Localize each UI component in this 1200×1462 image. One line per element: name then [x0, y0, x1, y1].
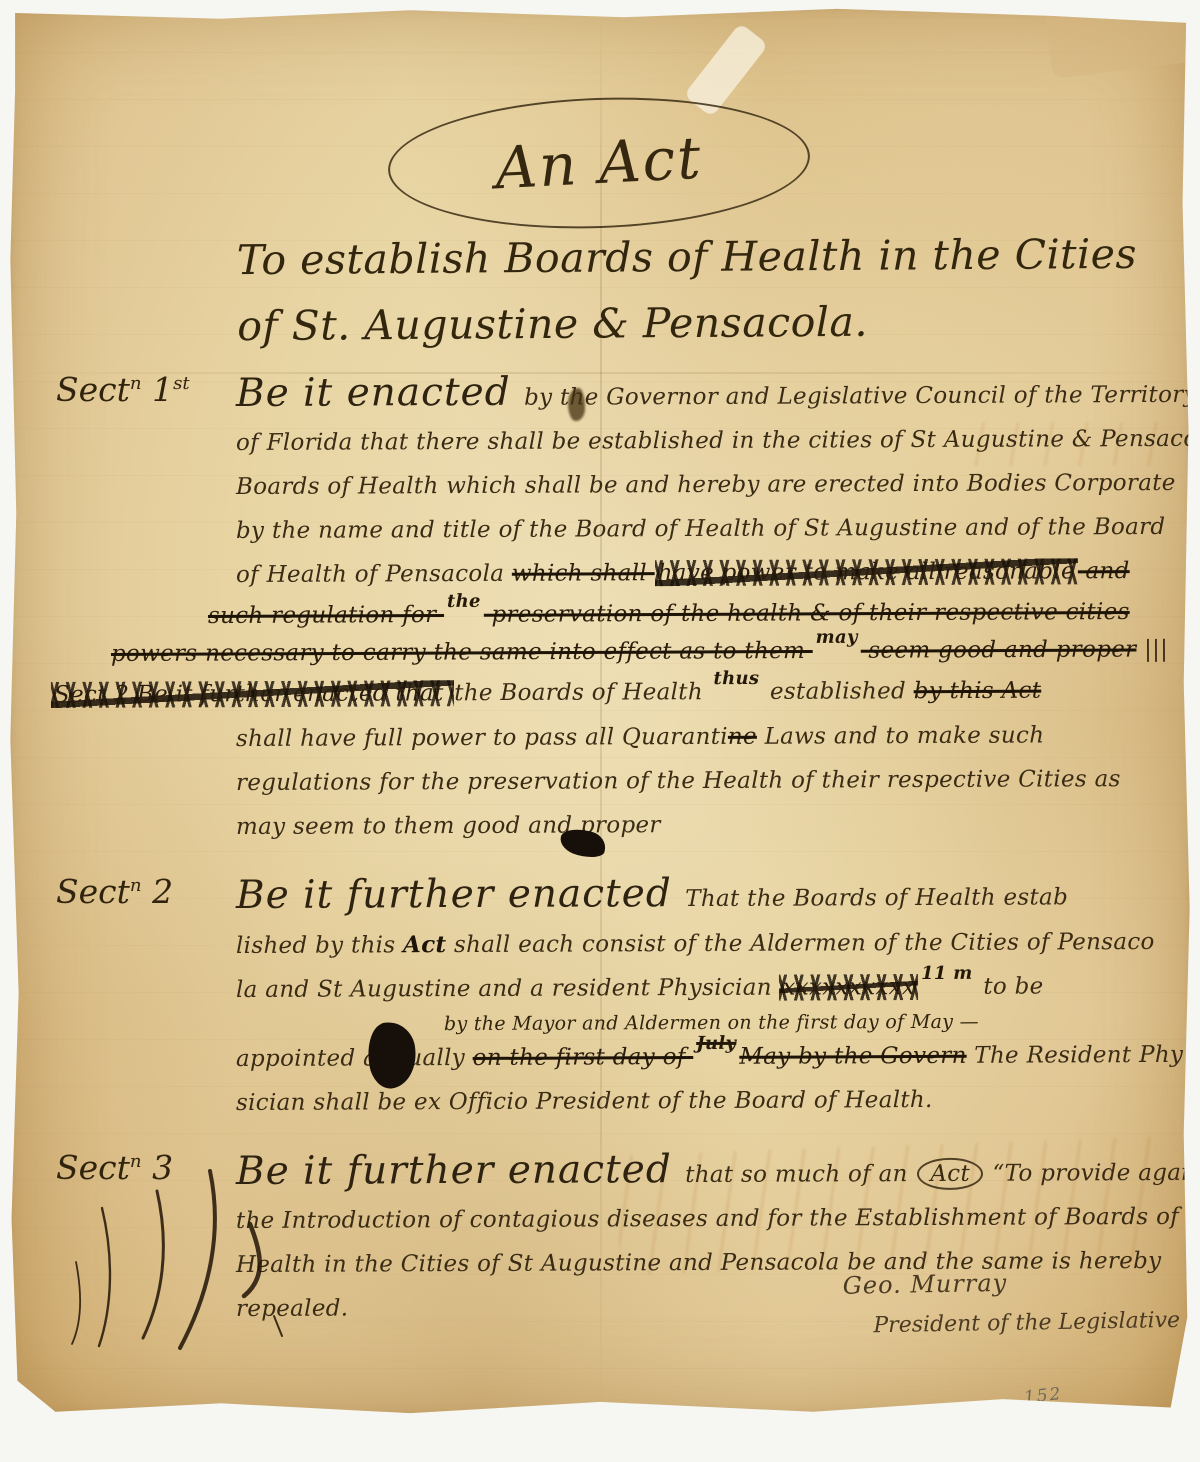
manuscript-page: An Act To establish Boards of Health in …: [8, 6, 1192, 1416]
manuscript-line: la and St Augustine and a resident Physi…: [236, 965, 1162, 1013]
text-segment-insx: July: [696, 1022, 736, 1065]
text-segment-n: to be: [976, 973, 1044, 999]
manuscript-line: of Florida that there shall be establish…: [236, 418, 1162, 466]
manuscript-line: such regulation for the preservation of …: [208, 594, 1162, 636]
manuscript-line: Boards of Health which shall be and here…: [236, 462, 1162, 510]
text-segment-n: la and St Augustine and a resident Physi…: [236, 975, 780, 1003]
text-segment-struck: which shall: [512, 560, 655, 587]
section-label-word: Sect: [56, 370, 130, 409]
text-segment-n: shall have full power to pass all Quaran…: [236, 724, 728, 752]
manuscript-line: the Introduction of contagious diseases …: [236, 1196, 1162, 1244]
text-segment-normal: of Florida that there shall be establish…: [236, 426, 1200, 456]
manuscript-line: lished by this Act shall each consist of…: [236, 920, 1162, 969]
manuscript-line: regulations for the preservation of the …: [236, 758, 1162, 806]
text-segment-ins: 11 m: [921, 952, 973, 995]
text-segment-ins: may: [816, 620, 858, 656]
text-segment-normal: by the name and title of the Board of He…: [236, 514, 1166, 544]
text-segment-ins: the: [447, 584, 481, 620]
text-segment-n: appointed annually: [236, 1045, 473, 1072]
section-number-sup: st: [173, 373, 190, 394]
text-segment-normal: shall each consist of the Aldermen of th…: [446, 929, 1154, 958]
text-segment-normal: “To provide against: [985, 1160, 1200, 1187]
manuscript-line: Be it further enacted That the Boards of…: [236, 870, 1162, 924]
manuscript-line: by the name and title of the Board of He…: [236, 506, 1162, 554]
section-label-word: Sect: [56, 872, 130, 911]
text-segment-xstruck: have power to make all reasonable: [655, 558, 1078, 586]
section-body: Be it further enacted That the Boards of…: [236, 874, 1162, 1126]
text-segment-normal: by the Governor and Legislative Council …: [524, 382, 1197, 411]
text-segment-struck: preservation of the health & of their re…: [484, 599, 1130, 628]
pencil-page-number: 152: [1023, 1384, 1063, 1408]
section-1: Sectn 1stBe it enacted by the Governor a…: [8, 372, 1192, 850]
title-oval-flourish: An Act: [386, 91, 812, 236]
text-segment-oval: Act: [917, 1158, 983, 1190]
section-body: Be it enacted by the Governor and Legisl…: [236, 372, 1162, 850]
text-segment-struck: seem good and proper: [861, 637, 1137, 664]
text-segment-n: the Boards of Health: [454, 679, 710, 706]
text-segment-struck: May by the Govern: [739, 1043, 966, 1070]
text-segment-normal: the Introduction of contagious diseases …: [236, 1204, 1179, 1234]
section-2: Sectn 2Be it further enacted That the Bo…: [8, 874, 1192, 1126]
manuscript-line: powers necessary to carry the same into …: [111, 631, 1162, 674]
manuscript-line: Be it enacted by the Governor and Legisl…: [236, 368, 1162, 422]
text-segment-normal: sician shall be ex Officio President of …: [236, 1087, 933, 1116]
manuscript-line: of Health of Pensacola which shall have …: [236, 550, 1162, 598]
manuscript-line: Be it further enacted that so much of an…: [236, 1146, 1162, 1200]
section-label-sup: n: [130, 373, 142, 394]
section-number: 1: [142, 370, 174, 409]
text-segment-struck: by this Act: [914, 678, 1042, 705]
document-title: An Act: [494, 124, 705, 203]
text-segment-xstruck: Sect 2 Be it further enacted that: [51, 680, 454, 708]
ink-smudge: [568, 388, 585, 421]
text-segment-n: established: [762, 678, 913, 705]
text-segment-struck: such regulation for: [208, 602, 444, 629]
subtitle-line-1: To establish Boards of Health in the Cit…: [237, 221, 1138, 293]
text-segment-struck: ne: [728, 724, 757, 750]
section-label: Sectn 2: [56, 872, 173, 911]
ink-flourish-strokes: [60, 1166, 310, 1371]
text-segment-normal: regulations for the preservation of the …: [236, 766, 1121, 796]
text-segment-struck: and: [1078, 558, 1130, 584]
text-segment-normal: that so much of an: [685, 1161, 915, 1188]
document-subtitle: To establish Boards of Health in the Cit…: [237, 221, 1138, 359]
text-segment-n: |||: [1136, 636, 1168, 662]
text-segment-ins: thus: [713, 657, 759, 700]
text-segment-struck: on the first day of: [473, 1044, 694, 1071]
scan-background: { "document": { "title": "An Act", "subt…: [0, 0, 1200, 1462]
corner-discoloration: [1044, 0, 1200, 79]
text-segment-xstruck: xxxxxxxxxx: [779, 974, 918, 1001]
section-number: 2: [142, 872, 174, 911]
manuscript-line: Sect 2 Be it further enacted that the Bo…: [51, 669, 1162, 718]
text-segment-normal: That the Boards of Health estab: [685, 884, 1068, 912]
text-segment-big: Be it enacted: [236, 370, 524, 416]
text-segment-normal: lished by this: [236, 932, 403, 959]
text-segment-bold: Act: [403, 931, 446, 958]
text-segment-n: Laws and to make such: [757, 722, 1044, 749]
manuscript-line: may seem to them good and proper: [236, 802, 1162, 850]
text-segment-n: The Resident Phy: [967, 1042, 1184, 1069]
text-segment-big: Be it further enacted: [236, 871, 685, 918]
text-segment-normal: Boards of Health which shall be and here…: [236, 470, 1176, 500]
section-label: Sectn 1st: [56, 370, 190, 409]
signature-block: Geo. Murray President of the Legislative…: [842, 1264, 1200, 1338]
text-segment-struck: powers necessary to carry the same into …: [111, 638, 813, 667]
manuscript-line: shall have full power to pass all Quaran…: [236, 714, 1162, 762]
subtitle-line-2: of St. Augustine & Pensacola.: [237, 287, 1138, 359]
manuscript-line: sician shall be ex Officio President of …: [236, 1078, 1162, 1126]
section-label-sup: n: [130, 875, 142, 896]
